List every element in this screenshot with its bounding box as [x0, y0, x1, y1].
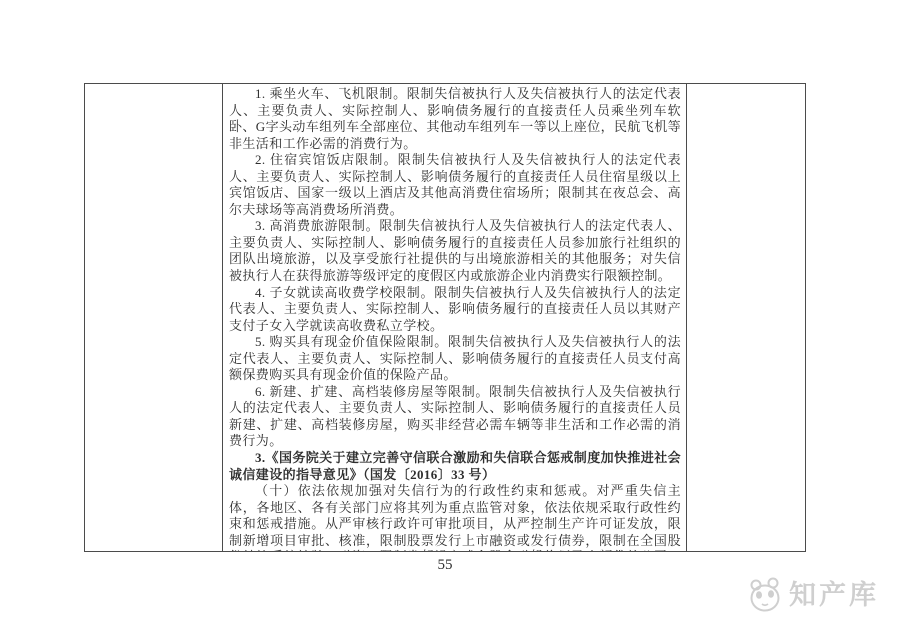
- paragraph-school-restriction: 4. 子女就读高收费学校限制。限制失信被执行人及失信被执行人的法定代表人、主要负…: [229, 285, 681, 335]
- paragraph-state-council-document-title: 3.《国务院关于建立完善守信联合激励和失信联合惩戒制度加快推进社会诚信建设的指导…: [229, 450, 681, 483]
- paragraph-travel-restriction: 3. 高消费旅游限制。限制失信被执行人及失信被执行人的法定代表人、主要负责人、实…: [229, 218, 681, 284]
- table-left-cell: [85, 84, 223, 551]
- paragraph-train-flight-restriction: 1. 乘坐火车、飞机限制。限制失信被执行人及失信被执行人的法定代表人、主要负责人…: [229, 86, 681, 152]
- paragraph-housing-restriction: 6. 新建、扩建、高档装修房屋等限制。限制失信被执行人及失信被执行人的法定代表人…: [229, 384, 681, 450]
- watermark-label: 知产库: [789, 577, 879, 613]
- page-number: 55: [84, 557, 806, 574]
- table-content-cell: 1. 乘坐火车、飞机限制。限制失信被执行人及失信被执行人的法定代表人、主要负责人…: [223, 84, 687, 551]
- watermark: 知产库: [745, 577, 879, 613]
- paragraph-hotel-restriction: 2. 住宿宾馆饭店限制。限制失信被执行人及失信被执行人的法定代表人、主要负责人、…: [229, 152, 681, 218]
- paragraph-administrative-constraints: （十）依法依规加强对失信行为的行政性约束和惩戒。对严重失信主体，各地区、各有关部…: [229, 483, 681, 551]
- restrictions-table: 1. 乘坐火车、飞机限制。限制失信被执行人及失信被执行人的法定代表人、主要负责人…: [84, 83, 806, 552]
- table-right-cell: [687, 84, 805, 551]
- paragraph-insurance-restriction: 5. 购买具有现金价值保险限制。限制失信被执行人及失信被执行人的法定代表人、主要…: [229, 334, 681, 384]
- panda-logo-icon: [745, 577, 785, 613]
